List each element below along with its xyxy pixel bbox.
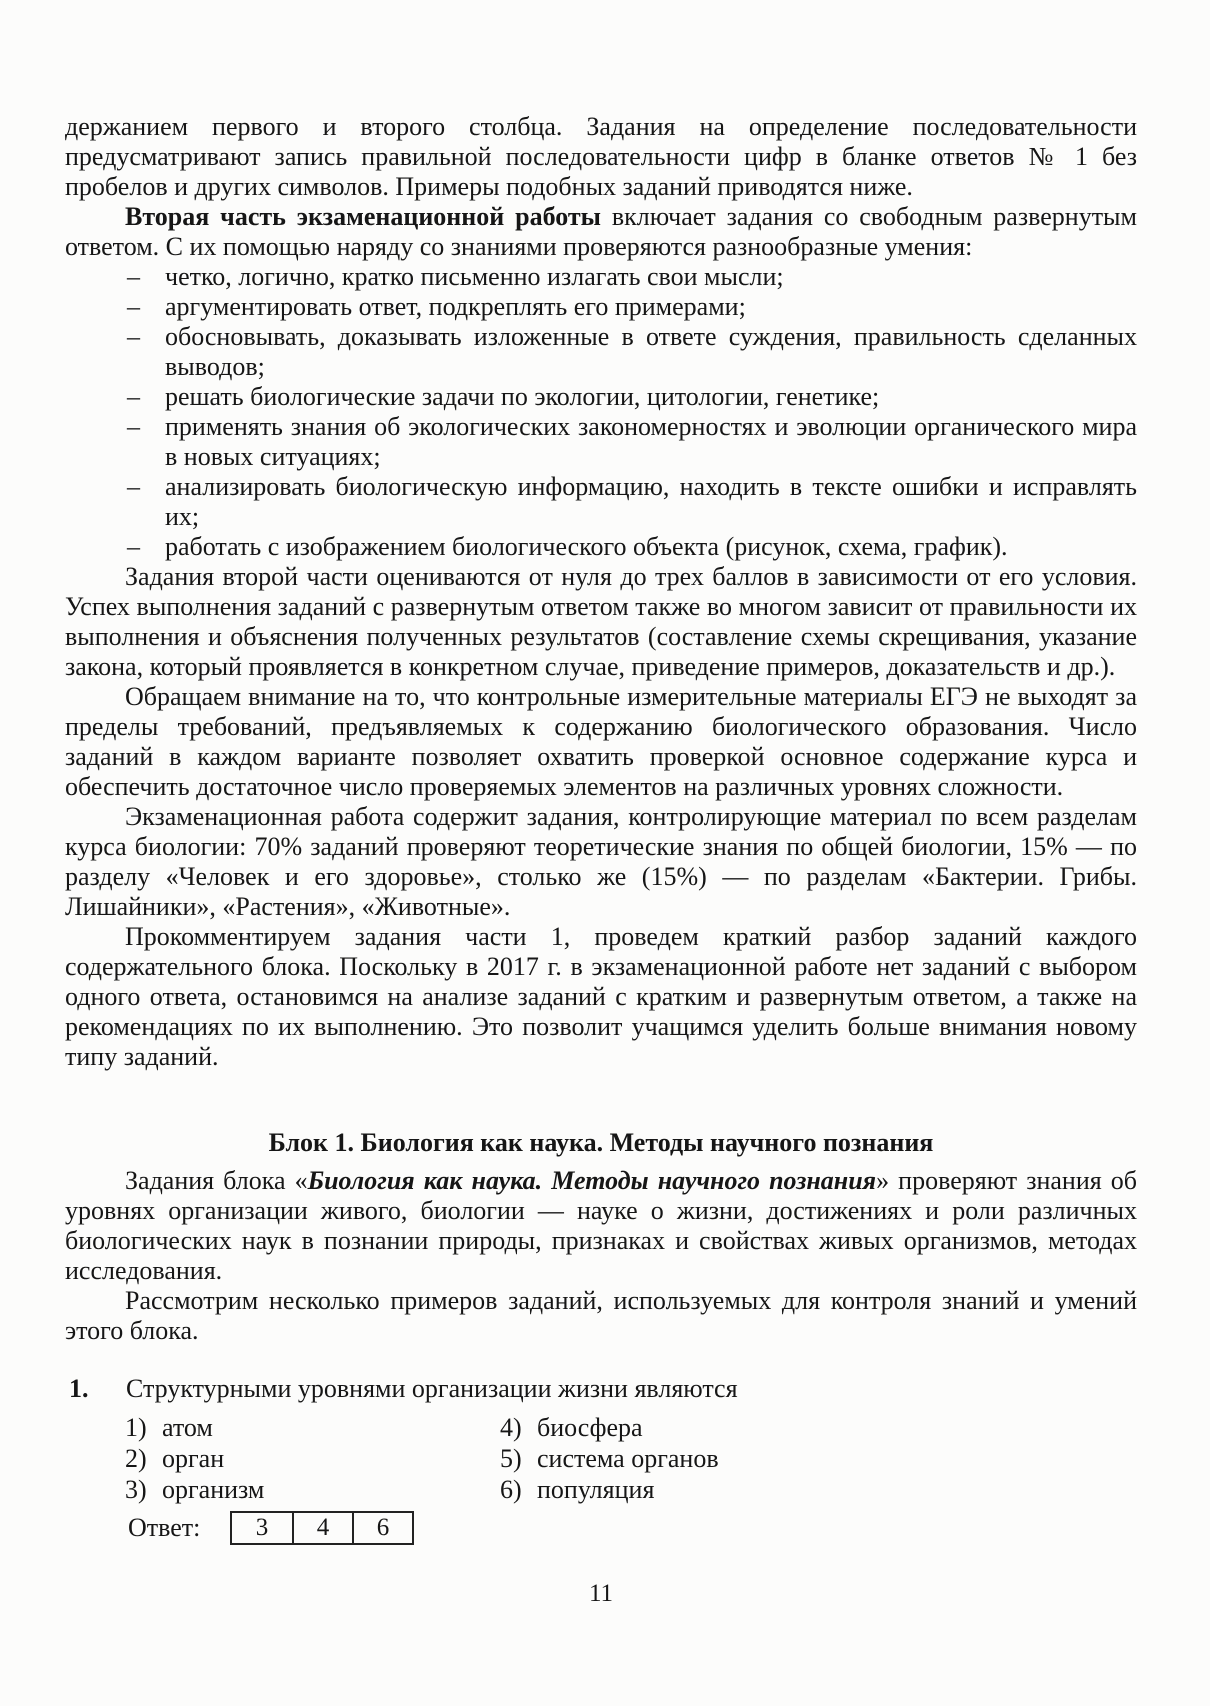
option-label: атом — [162, 1412, 213, 1443]
answer-label: Ответ: — [128, 1513, 230, 1543]
list-item-text: решать биологические задачи по экологии,… — [165, 382, 879, 411]
list-item: – применять знания об экологических зако… — [65, 412, 1137, 472]
options-column-1: 1) атом 2) орган 3) организм — [65, 1412, 500, 1505]
answer-cell: 4 — [292, 1513, 352, 1543]
list-dash-marker: – — [127, 322, 140, 352]
answer-cell: 6 — [352, 1513, 412, 1543]
bold-lead-text: Вторая часть экзаменационной работы — [125, 202, 601, 231]
scanned-book-page: держанием первого и второго столбца. Зад… — [0, 0, 1210, 1706]
option-3: 3) организм — [125, 1474, 500, 1505]
list-dash-marker: – — [127, 472, 140, 502]
list-item: – анализировать биологическую информацию… — [65, 472, 1137, 532]
option-number: 5) — [500, 1443, 537, 1474]
page-content: держанием первого и второго столбца. Зад… — [65, 112, 1137, 1545]
list-item: – работать с изображением биологического… — [65, 532, 1137, 562]
paragraph-scoring: Задания второй части оцениваются от нуля… — [65, 562, 1137, 682]
paragraph-kim-scope: Обращаем внимание на то, что контрольные… — [65, 682, 1137, 802]
list-item: – четко, логично, кратко письменно излаг… — [65, 262, 1137, 292]
options-column-2: 4) биосфера 5) система органов 6) популя… — [500, 1412, 1137, 1505]
option-label: система органов — [537, 1443, 719, 1474]
list-item-text: анализировать биологическую информацию, … — [165, 472, 1137, 531]
option-2: 2) орган — [125, 1443, 500, 1474]
paragraph-exam-structure: Экзаменационная работа содержит задания,… — [65, 802, 1137, 922]
list-item-text: аргументировать ответ, подкреплять его п… — [165, 292, 746, 321]
list-dash-marker: – — [127, 382, 140, 412]
question-text: Структурными уровнями организации жизни … — [126, 1374, 738, 1403]
options-grid: 1) атом 2) орган 3) организм 4) — [65, 1412, 1137, 1505]
option-number: 3) — [125, 1474, 162, 1505]
paragraph-commentary-plan: Прокомментируем задания части 1, проведе… — [65, 922, 1137, 1072]
list-item-text: применять знания об экологических законо… — [165, 412, 1137, 471]
list-item-text: четко, логично, кратко письменно излагат… — [165, 262, 784, 291]
paragraph-block1-intro: Задания блока «Биология как наука. Метод… — [65, 1166, 1137, 1286]
paragraph-examples-intro: Рассмотрим несколько примеров заданий, и… — [65, 1286, 1137, 1346]
question-1: 1. Структурными уровнями организации жиз… — [65, 1374, 1137, 1545]
list-item: – решать биологические задачи по экологи… — [65, 382, 1137, 412]
answer-row: Ответ: 3 4 6 — [65, 1511, 1137, 1545]
answer-box: 3 4 6 — [230, 1511, 414, 1545]
option-1: 1) атом — [125, 1412, 500, 1443]
option-label: орган — [162, 1443, 224, 1474]
option-number: 2) — [125, 1443, 162, 1474]
list-dash-marker: – — [127, 532, 140, 562]
block1-intro-prefix: Задания блока « — [125, 1166, 308, 1195]
block1-heading: Блок 1. Биология как наука. Методы научн… — [65, 1128, 1137, 1158]
block1-title-quote: Биология как наука. Методы научного позн… — [308, 1166, 877, 1195]
option-number: 1) — [125, 1412, 162, 1443]
paragraph-part2-intro: Вторая часть экзаменационной работы вклю… — [65, 202, 1137, 262]
option-number: 6) — [500, 1474, 537, 1505]
page-number: 11 — [65, 1580, 1137, 1608]
option-4: 4) биосфера — [500, 1412, 1137, 1443]
list-dash-marker: – — [127, 262, 140, 292]
answer-cell: 3 — [232, 1513, 292, 1543]
paragraph-continuation: держанием первого и второго столбца. Зад… — [65, 112, 1137, 202]
option-5: 5) система органов — [500, 1443, 1137, 1474]
list-dash-marker: – — [127, 412, 140, 442]
question-line: 1. Структурными уровнями организации жиз… — [65, 1374, 1137, 1404]
list-dash-marker: – — [127, 292, 140, 322]
option-6: 6) популяция — [500, 1474, 1137, 1505]
list-item: – обосновывать, доказывать изложенные в … — [65, 322, 1137, 382]
option-label: биосфера — [537, 1412, 643, 1443]
option-label: организм — [162, 1474, 264, 1505]
option-number: 4) — [500, 1412, 537, 1443]
skills-list: – четко, логично, кратко письменно излаг… — [65, 262, 1137, 562]
question-number: 1. — [69, 1374, 89, 1404]
list-item-text: обосновывать, доказывать изложенные в от… — [165, 322, 1137, 381]
option-label: популяция — [537, 1474, 654, 1505]
list-item-text: работать с изображением биологического о… — [165, 532, 1008, 561]
list-item: – аргументировать ответ, подкреплять его… — [65, 292, 1137, 322]
